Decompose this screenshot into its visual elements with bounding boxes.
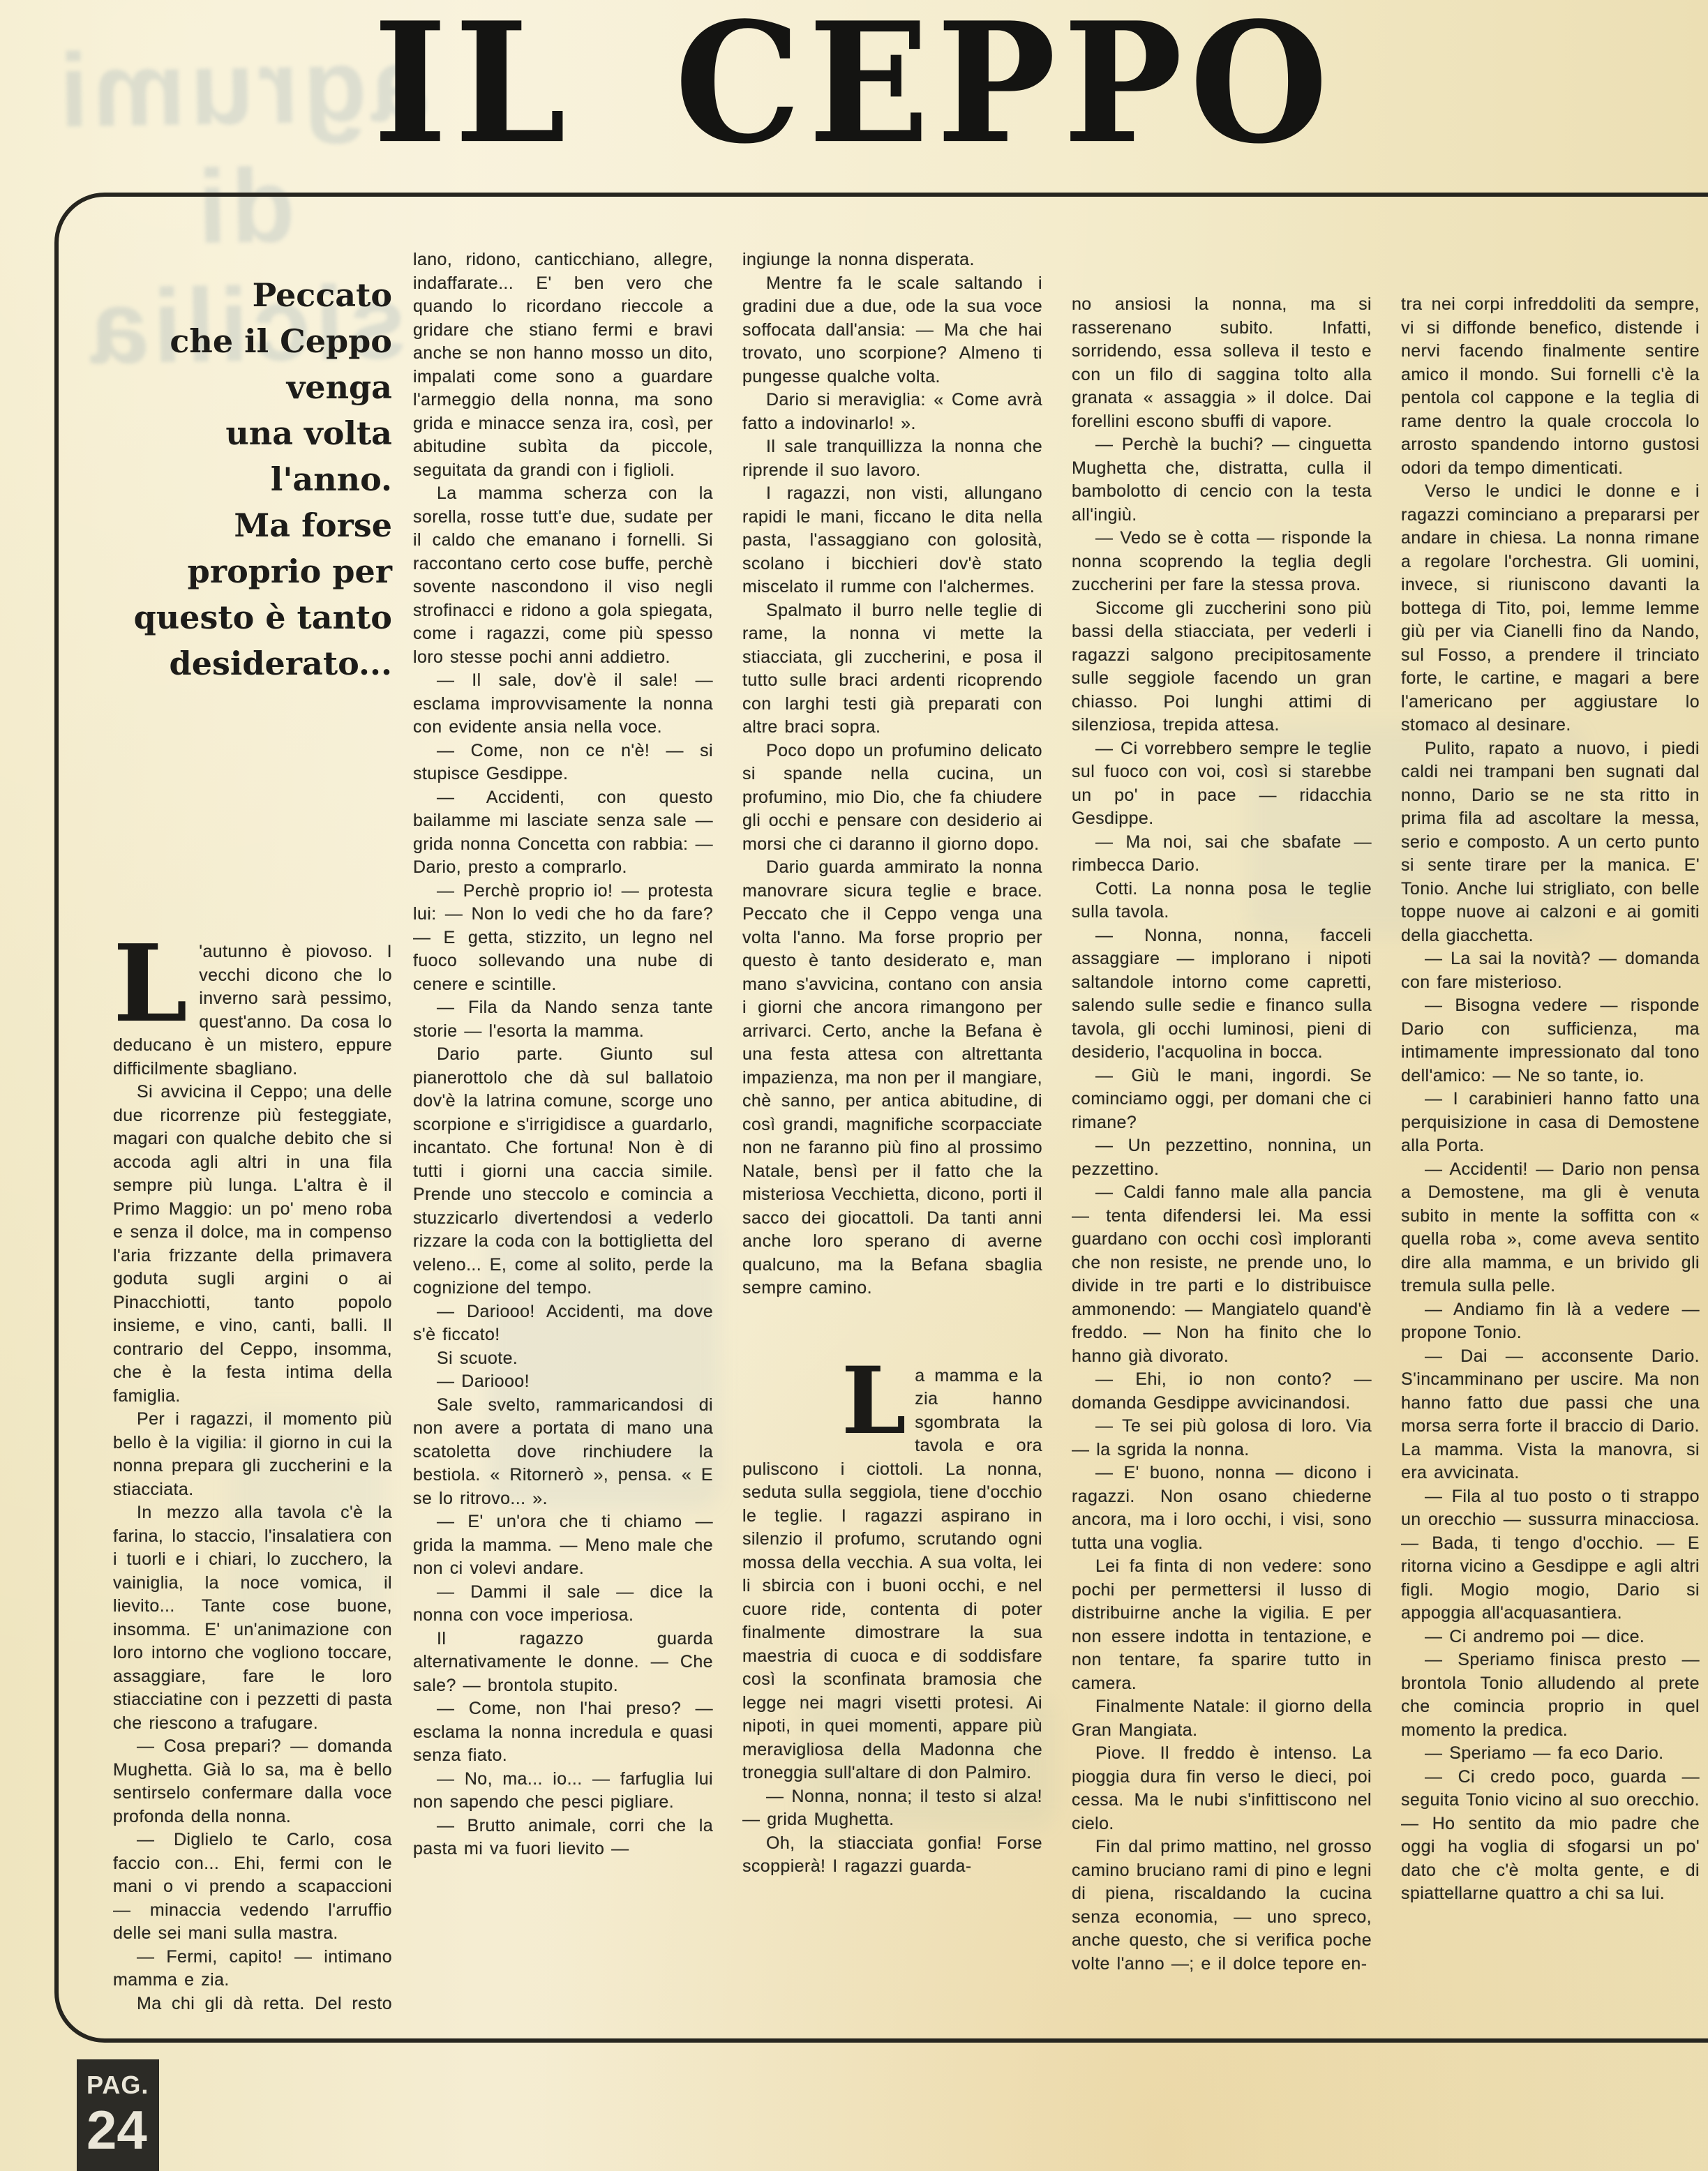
paragraph: Si avvicina il Ceppo; una delle due rico… (113, 1081, 392, 1408)
paragraph: — Accidenti! — Dario non pensa a Demoste… (1401, 1158, 1700, 1298)
article-column-1: L'autunno è piovoso. I vecchi dicono che… (113, 940, 392, 2012)
paragraph: — E' buono, nonna — dicono i ragazzi. No… (1072, 1462, 1372, 1555)
paragraph: — Come, non l'hai preso? — esclama la no… (413, 1697, 713, 1768)
article-column-4: no ansiosi la nonna, ma si rasserenano s… (1072, 293, 1372, 2015)
page-number-box: PAG. 24 (77, 2059, 159, 2171)
paragraph: — Brutto animale, corri che la pasta mi … (413, 1815, 713, 1861)
paragraph: — Bisogna vedere — risponde Dario con su… (1401, 994, 1700, 1088)
paragraph-list: tra nei corpi infreddoliti da sempre, vi… (1401, 293, 1700, 1906)
paragraph-list: no ansiosi la nonna, ma si rasserenano s… (1072, 293, 1372, 1976)
paragraph: Il ragazzo guarda alternativamente le do… (413, 1628, 713, 1698)
paragraph: — Perchè proprio io! — protesta lui: — N… (413, 880, 713, 997)
paragraph: Si scuote. (413, 1347, 713, 1371)
paragraph: — Diglielo te Carlo, cosa faccio con... … (113, 1828, 392, 1946)
paragraph: — La sai la novità? — domanda con fare m… (1401, 947, 1700, 994)
paragraph: Verso le undici le donne e i ragazzi com… (1401, 480, 1700, 737)
paragraph: — Dariooo! (413, 1370, 713, 1394)
paragraph: — Fila al tuo posto o ti strappo un orec… (1401, 1485, 1700, 1625)
paragraph: Finalmente Natale: il giorno della Gran … (1072, 1695, 1372, 1742)
paragraph: — Ci credo poco, guarda — seguita Tonio … (1401, 1766, 1700, 1906)
paragraph: Piove. Il freddo è intenso. La pioggia d… (1072, 1742, 1372, 1835)
paragraph: — Fila da Nando senza tante storie — l'e… (413, 996, 713, 1043)
paragraph: Il sale tranquillizza la nonna che ripre… (742, 435, 1042, 482)
intro-line: proprio per (98, 548, 392, 594)
intro-line: l'anno. (98, 456, 392, 502)
page-number: 24 (87, 2105, 159, 2154)
intro-line: una volta (98, 410, 392, 456)
paragraph: — Fermi, capito! — intimano mamma e zia. (113, 1946, 392, 1992)
paragraph: — Speriamo finisca presto — brontola Ton… (1401, 1648, 1700, 1742)
paragraph: lano, ridono, canticchiano, allegre, ind… (413, 248, 713, 482)
paragraph: — Andiamo fin là a vedere — propone Toni… (1401, 1298, 1700, 1345)
paragraph: Pulito, rapato a nuovo, i piedi caldi ne… (1401, 737, 1700, 948)
paragraph: Dario guarda ammirato la nonna manovrare… (742, 856, 1042, 1300)
intro-line: Ma forse (98, 502, 392, 548)
paragraph: tra nei corpi infreddoliti da sempre, vi… (1401, 293, 1700, 480)
paragraph: — Dariooo! Accidenti, ma dove s'è ficcat… (413, 1300, 713, 1347)
paragraph: — E' un'ora che ti chiamo — grida la mam… (413, 1510, 713, 1581)
paragraph: — Speriamo — fa eco Dario. (1401, 1742, 1700, 1766)
paragraph: L'autunno è piovoso. I vecchi dicono che… (113, 940, 392, 1081)
paragraph-list: lano, ridono, canticchiano, allegre, ind… (413, 248, 713, 1861)
paragraph: — Vedo se è cotta — risponde la nonna sc… (1072, 527, 1372, 597)
paragraph: — Dammi il sale — dice la nonna con voce… (413, 1581, 713, 1628)
paragraph: — Il sale, dov'è il sale! — esclama impr… (413, 669, 713, 739)
paragraph: no ansiosi la nonna, ma si rasserenano s… (1072, 293, 1372, 433)
intro-deck: Peccatoche il Ceppovengauna voltal'anno.… (98, 272, 392, 686)
paragraph: — Nonna, nonna, facceli assaggiare — imp… (1072, 924, 1372, 1065)
paragraph-list: ingiunge la nonna disperata.Mentre fa le… (742, 248, 1042, 1300)
paragraph: — Te sei più golosa di loro. Via — la sg… (1072, 1415, 1372, 1462)
page-title: IL CEPPO (373, 0, 1335, 174)
magazine-page: agrumi di sicilia IL CEPPO Peccatoche il… (0, 0, 1708, 2171)
article-column-2: lano, ridono, canticchiano, allegre, ind… (413, 248, 713, 2015)
paragraph: — Ci vorrebbero sempre le teglie sul fuo… (1072, 737, 1372, 831)
paragraph: Spalmato il burro nelle teglie di rame, … (742, 599, 1042, 739)
intro-line: venga (98, 364, 392, 410)
paragraph: — Perchè la buchi? — cinguetta Mughetta … (1072, 433, 1372, 527)
intro-line: desiderato... (98, 640, 392, 686)
paragraph: Mentre fa le scale saltando i gradini du… (742, 272, 1042, 389)
paragraph: La mamma scherza con la sorella, rosse t… (413, 482, 713, 669)
paragraph: Siccome gli zuccherini sono più bassi de… (1072, 597, 1372, 737)
paragraph: — Cosa prepari? — domanda Mughetta. Già … (113, 1735, 392, 1828)
paragraph-list: — Nonna, nonna; il testo si alza! — grid… (742, 1785, 1042, 1879)
paragraph: Lei fa finta di non vedere: sono pochi p… (1072, 1555, 1372, 1695)
paragraph: I ragazzi, non visti, allungano rapidi l… (742, 482, 1042, 599)
intro-line: Peccato (98, 272, 392, 318)
paragraph: La mamma e la zia hanno sgombrata la tav… (742, 1365, 1042, 1785)
paragraph: — Nonna, nonna; il testo si alza! — grid… (742, 1785, 1042, 1832)
paragraph-list: Si avvicina il Ceppo; una delle due rico… (113, 1081, 392, 2012)
paragraph: — Giù le mani, ingordi. Se cominciamo og… (1072, 1065, 1372, 1135)
paragraph: — No, ma... io... — farfuglia lui non sa… (413, 1768, 713, 1815)
paragraph: — Caldi fanno male alla pancia — tenta d… (1072, 1181, 1372, 1368)
page-label: PAG. (87, 2071, 159, 2100)
paragraph: In mezzo alla tavola c'è la farina, lo s… (113, 1501, 392, 1735)
paragraph: Dario si meraviglia: « Come avrà fatto a… (742, 389, 1042, 435)
dropcap-letter: L (841, 1365, 915, 1436)
article-column-3: ingiunge la nonna disperata.Mentre fa le… (742, 248, 1042, 2015)
intro-line: questo è tanto (98, 594, 392, 640)
paragraph: — I carabinieri hanno fatto una perquisi… (1401, 1088, 1700, 1158)
paragraph: Cotti. La nonna posa le teglie sulla tav… (1072, 878, 1372, 924)
paragraph: Fin dal primo mattino, nel grosso camino… (1072, 1835, 1372, 1976)
intro-line: che il Ceppo (98, 318, 392, 364)
paragraph: Per i ragazzi, il momento più bello è la… (113, 1408, 392, 1501)
paragraph: Poco dopo un profumino delicato si spand… (742, 739, 1042, 857)
paragraph: Dario parte. Giunto sul pianerottolo che… (413, 1043, 713, 1300)
paragraph: — Un pezzettino, nonnina, un pezzettino. (1072, 1134, 1372, 1181)
paragraph: — Dai — acconsente Dario. S'incamminano … (1401, 1345, 1700, 1485)
paragraph: Oh, la stiacciata gonfia! Forse scoppier… (742, 1832, 1042, 1879)
paragraph: — Ehi, io non conto? — domanda Gesdippe … (1072, 1368, 1372, 1415)
paragraph: Sale svelto, rammaricandosi di non avere… (413, 1394, 713, 1511)
article-column-5: tra nei corpi infreddoliti da sempre, vi… (1401, 293, 1700, 2015)
paragraph: — Ci andremo poi — dice. (1401, 1625, 1700, 1649)
paragraph: — Come, non ce n'è! — si stupisce Gesdip… (413, 739, 713, 786)
paragraph: Ma chi gli dà retta. Del resto anche lor… (113, 1992, 392, 2013)
paragraph: — Accidenti, con questo bailamme mi lasc… (413, 786, 713, 880)
dropcap-letter: L (113, 940, 199, 1023)
paragraph: ingiunge la nonna disperata. (742, 248, 1042, 272)
paragraph: — Ma noi, sai che sbafate — rimbecca Dar… (1072, 831, 1372, 878)
